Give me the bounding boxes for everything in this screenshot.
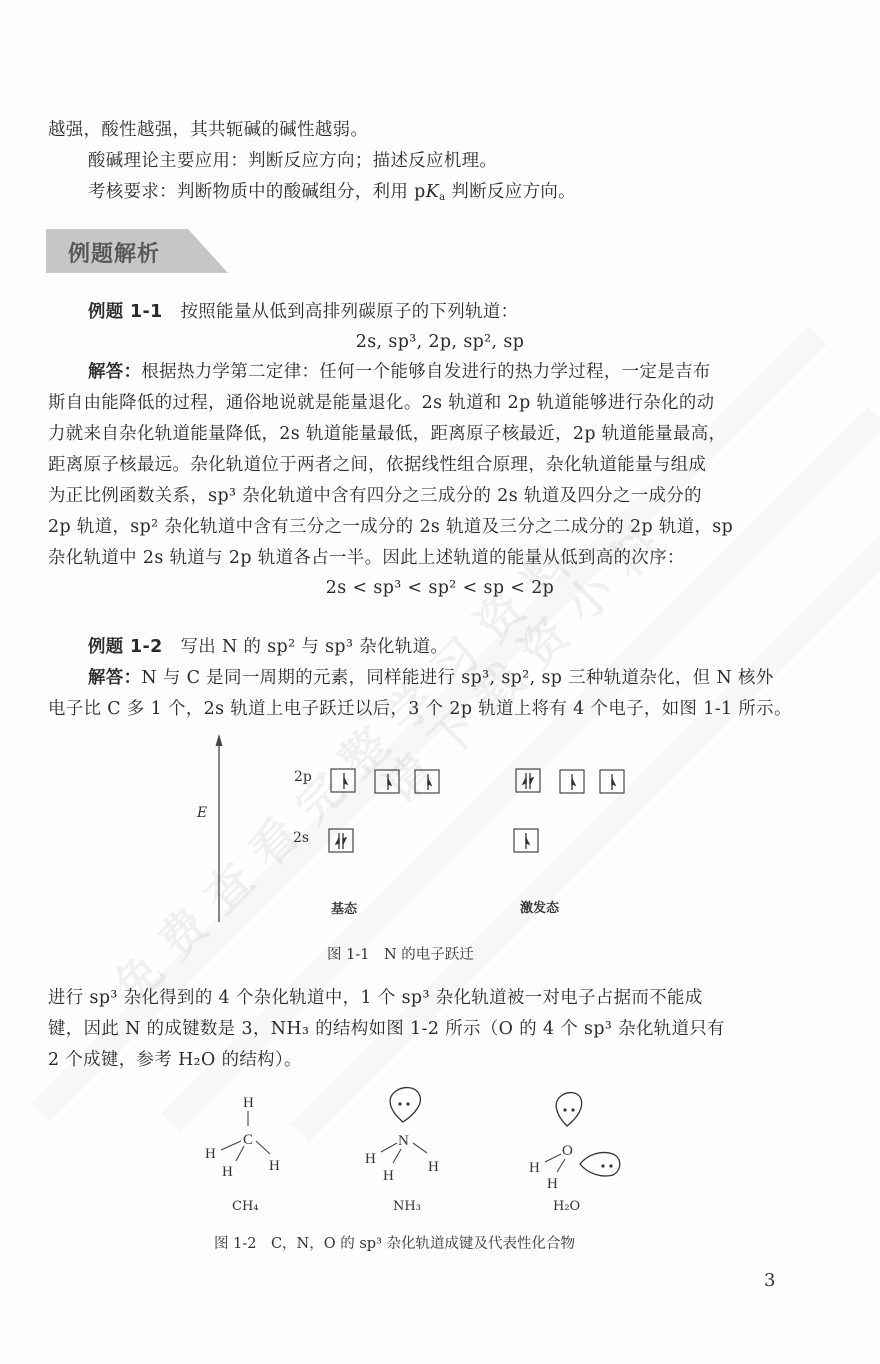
molecule-ch4: H C H H H — [205, 1095, 280, 1180]
svg-text:H: H — [547, 1176, 558, 1192]
svg-text:H: H — [428, 1159, 439, 1175]
energy-diagram — [0, 0, 880, 960]
electron-spin-arrows — [336, 773, 615, 849]
energy-axis-label: E — [197, 805, 207, 821]
svg-text:H: H — [529, 1160, 540, 1176]
svg-text:H: H — [365, 1151, 376, 1167]
h2o-label: H₂O — [553, 1199, 580, 1214]
svg-text:C: C — [243, 1132, 253, 1148]
ground-state-label: 基态 — [331, 898, 357, 917]
svg-text:O: O — [562, 1143, 573, 1159]
after-fig1-line-3: 2 个成键，参考 H₂O 的结构）。 — [48, 1047, 302, 1073]
after-fig1-line-2: 键，因此 N 的成键数是 3，NH₃ 的结构如图 1-2 所示（O 的 4 个 … — [48, 1016, 725, 1042]
after-fig1-line-1: 进行 sp³ 杂化得到的 4 个杂化轨道中，1 个 sp³ 杂化轨道被一对电子占… — [48, 985, 703, 1011]
molecule-nh3: N H H H — [365, 1088, 439, 1184]
figure2-caption: 图 1-2 C，N，O 的 sp³ 杂化轨道成键及代表性化合物 — [214, 1232, 575, 1253]
page-number: 3 — [764, 1270, 775, 1291]
svg-text:N: N — [398, 1133, 409, 1149]
excited-state-label: 激发态 — [520, 897, 559, 916]
svg-text:H: H — [222, 1164, 233, 1180]
ch4-label: CH₄ — [232, 1199, 259, 1214]
molecule-structures: H C H H H N H H H — [0, 1080, 880, 1230]
nh3-label: NH₃ — [393, 1199, 421, 1214]
ground-2p-boxes — [329, 769, 624, 852]
energy-axis-arrow-icon — [216, 734, 223, 922]
svg-text:H: H — [205, 1146, 216, 1162]
figure1-caption: 图 1-1 N 的电子跃迁 — [327, 943, 474, 964]
svg-text:H: H — [383, 1168, 394, 1184]
level-2p-label: 2p — [294, 769, 312, 785]
molecule-h2o: O H H — [529, 1093, 620, 1192]
level-2s-label: 2s — [293, 830, 309, 846]
svg-text:H: H — [269, 1158, 280, 1174]
svg-text:H: H — [243, 1095, 254, 1111]
